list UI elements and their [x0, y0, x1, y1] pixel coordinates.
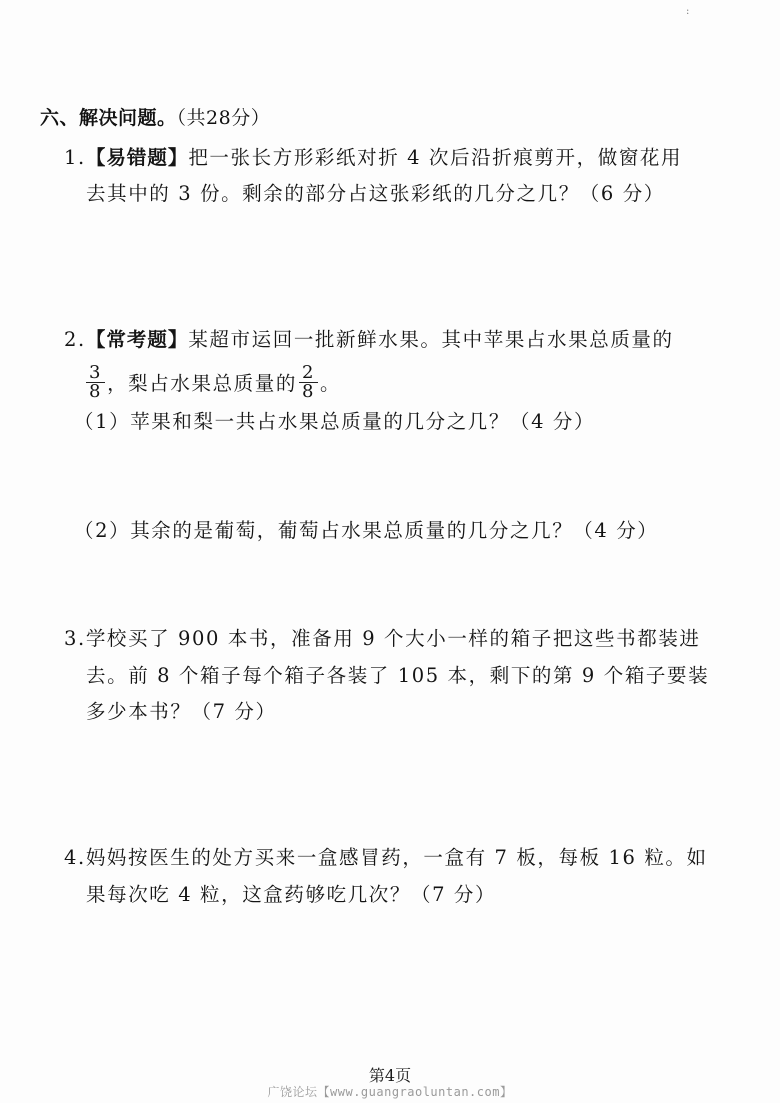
question-2-sub-2: （2）其余的是葡萄，葡萄占水果总质量的几分之几？（4 分） — [74, 518, 658, 544]
question-3-line-2: 去。前 8 个箱子每个箱子各装了 105 本，剩下的第 9 个箱子要装 — [86, 663, 709, 689]
question-2-number: 2. — [64, 328, 86, 351]
question-3-number: 3. — [64, 627, 86, 650]
watermark: 广饶论坛【www.guangraoluntan.com】 — [0, 1083, 780, 1100]
question-2-text-1: 某超市运回一批新鲜水果。其中苹果占水果总质量的 — [188, 328, 673, 351]
question-2-line-1: 2.【常考题】某超市运回一批新鲜水果。其中苹果占水果总质量的 — [64, 327, 674, 353]
question-2-fraction-end: 。 — [320, 372, 341, 395]
question-1-number: 1. — [64, 146, 86, 169]
question-1-line-2: 去其中的 3 份。剩余的部分占这张彩纸的几分之几？（6 分） — [86, 181, 665, 207]
question-4-line-1: 4.妈妈按医生的处方买来一盒感冒药，一盒有 7 板，每板 16 粒。如 — [64, 845, 708, 871]
fraction-pears-denominator: 8 — [299, 383, 318, 401]
question-1-line-1: 1.【易错题】把一张长方形彩纸对折 4 次后沿折痕剪开，做窗花用 — [64, 145, 682, 171]
exam-page: : 六、解决问题。（共28分） 1.【易错题】把一张长方形彩纸对折 4 次后沿折… — [0, 0, 780, 1103]
question-4-number: 4. — [64, 846, 86, 869]
question-2-fraction-middle: ，梨占水果总质量的 — [107, 372, 297, 395]
question-4-text-1: 妈妈按医生的处方买来一盒感冒药，一盒有 7 板，每板 16 粒。如 — [86, 846, 708, 869]
question-1-tag: 【易错题】 — [86, 146, 189, 169]
section-title-text: 六、解决问题。 — [40, 107, 177, 129]
fraction-pears: 28 — [299, 364, 318, 401]
fraction-apples-denominator: 8 — [86, 383, 105, 401]
question-2-tag: 【常考题】 — [86, 328, 189, 351]
section-title: 六、解决问题。（共28分） — [40, 103, 270, 130]
question-1-text-1: 把一张长方形彩纸对折 4 次后沿折痕剪开，做窗花用 — [188, 146, 682, 169]
question-3-line-3: 多少本书？（7 分） — [86, 699, 277, 725]
question-4-line-2: 果每次吃 4 粒，这盒药够吃几次？（7 分） — [86, 882, 496, 908]
question-3-line-1: 3.学校买了 900 本书，准备用 9 个大小一样的箱子把这些书都装进 — [64, 626, 701, 652]
corner-mark: : — [686, 6, 688, 17]
question-2-sub-1: （1）苹果和梨一共占水果总质量的几分之几？（4 分） — [74, 409, 595, 435]
question-3-text-1: 学校买了 900 本书，准备用 9 个大小一样的箱子把这些书都装进 — [86, 627, 701, 650]
fraction-apples: 38 — [86, 364, 105, 401]
section-score: （共28分） — [177, 107, 271, 129]
question-2-fraction-line: 38，梨占水果总质量的28。 — [84, 366, 341, 403]
